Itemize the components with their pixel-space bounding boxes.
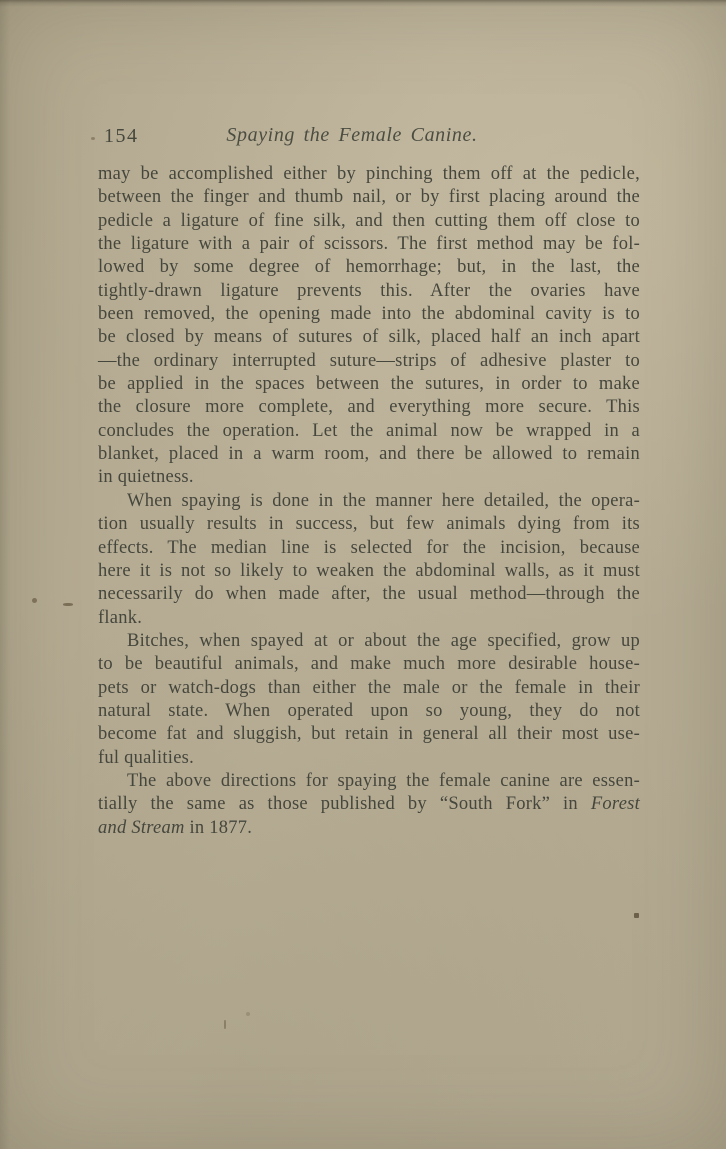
paper-speck [32, 598, 37, 603]
text-segment: in 1877. [185, 818, 253, 838]
text-line: to be beautiful animals, and make much m… [98, 653, 640, 676]
text-segment: be closed by means of sutures of silk, p… [98, 327, 640, 347]
text-segment: the ligature with a pair of scissors. Th… [98, 234, 640, 254]
text-segment: pets or watch-dogs than either the male … [98, 678, 640, 698]
italic-text: and Stream [98, 818, 185, 838]
text-line: pedicle a ligature of fine silk, and the… [98, 210, 640, 233]
text-segment: blanket, placed in a warm room, and ther… [98, 444, 640, 464]
text-line: Bitches, when spayed at or about the age… [98, 630, 640, 653]
text-segment: may be accomplished either by pinching t… [98, 164, 640, 184]
text-line: be applied in the spaces between the sut… [98, 373, 640, 396]
text-segment: been removed, the opening made into the … [98, 304, 640, 324]
text-segment: here it is not so likely to weaken the a… [98, 561, 640, 581]
text-line: natural state. When operated upon so you… [98, 700, 640, 723]
text-segment: become fat and sluggish, but retain in g… [98, 724, 640, 744]
text-segment: Bitches, when spayed at or about the age… [127, 631, 640, 651]
book-page: 154 Spaying the Female Canine. may be ac… [0, 0, 726, 1149]
text-line: become fat and sluggish, but retain in g… [98, 723, 640, 746]
text-line: tightly-drawn ligature prevents this. Af… [98, 280, 640, 303]
page-body: may be accomplished either by pinching t… [98, 163, 640, 840]
text-line: —the ordinary interrupted suture—strips … [98, 350, 640, 373]
text-segment: necessarily do when made after, the usua… [98, 584, 640, 604]
text-line: the ligature with a pair of scissors. Th… [98, 233, 640, 256]
text-segment: to be beautiful animals, and make much m… [98, 654, 640, 674]
text-segment: natural state. When operated upon so you… [98, 701, 640, 721]
text-line: pets or watch-dogs than either the male … [98, 677, 640, 700]
page-header: 154 Spaying the Female Canine. [98, 124, 640, 152]
text-segment: pedicle a ligature of fine silk, and the… [98, 211, 640, 231]
text-segment: ful qualities. [98, 748, 194, 768]
paper-speck [63, 603, 73, 606]
text-line: tion usually results in success, but few… [98, 513, 640, 536]
text-segment: effects. The median line is selected for… [98, 538, 640, 558]
text-segment: flank. [98, 608, 142, 628]
text-line: When spaying is done in the manner here … [98, 490, 640, 513]
text-line: necessarily do when made after, the usua… [98, 583, 640, 606]
text-segment: —the ordinary interrupted suture—strips … [98, 351, 640, 371]
text-line: effects. The median line is selected for… [98, 537, 640, 560]
text-segment: in quietness. [98, 467, 194, 487]
text-line: tially the same as those published by “S… [98, 793, 640, 816]
text-segment: concludes the operation. Let the animal … [98, 421, 640, 441]
text-line: been removed, the opening made into the … [98, 303, 640, 326]
text-line: in quietness. [98, 466, 640, 489]
text-line: flank. [98, 607, 640, 630]
italic-text: Forest [591, 794, 640, 814]
text-line: and Stream in 1877. [98, 817, 640, 840]
text-line: lowed by some degree of hemorrhage; but,… [98, 256, 640, 279]
text-segment: tightly-drawn ligature prevents this. Af… [98, 281, 640, 301]
text-segment: be applied in the spaces between the sut… [98, 374, 640, 394]
text-segment: tially the same as those published by “S… [98, 794, 591, 814]
running-header: Spaying the Female Canine. [81, 124, 623, 147]
text-line: The above directions for spaying the fem… [98, 770, 640, 793]
text-line: here it is not so likely to weaken the a… [98, 560, 640, 583]
text-segment: When spaying is done in the manner here … [127, 491, 640, 511]
text-segment: The above directions for spaying the fem… [127, 771, 640, 791]
paper-speck [224, 1020, 226, 1029]
text-segment: lowed by some degree of hemorrhage; but,… [98, 257, 640, 277]
text-segment: tion usually results in success, but few… [98, 514, 640, 534]
text-line: the closure more complete, and everythin… [98, 396, 640, 419]
text-line: ful qualities. [98, 747, 640, 770]
text-line: between the finger and thumb nail, or by… [98, 186, 640, 209]
text-line: be closed by means of sutures of silk, p… [98, 326, 640, 349]
paper-speck [246, 1012, 250, 1016]
paper-speck [634, 913, 639, 918]
text-segment: the closure more complete, and everythin… [98, 397, 640, 417]
text-line: blanket, placed in a warm room, and ther… [98, 443, 640, 466]
text-line: may be accomplished either by pinching t… [98, 163, 640, 186]
text-line: concludes the operation. Let the animal … [98, 420, 640, 443]
text-segment: between the finger and thumb nail, or by… [98, 187, 640, 207]
